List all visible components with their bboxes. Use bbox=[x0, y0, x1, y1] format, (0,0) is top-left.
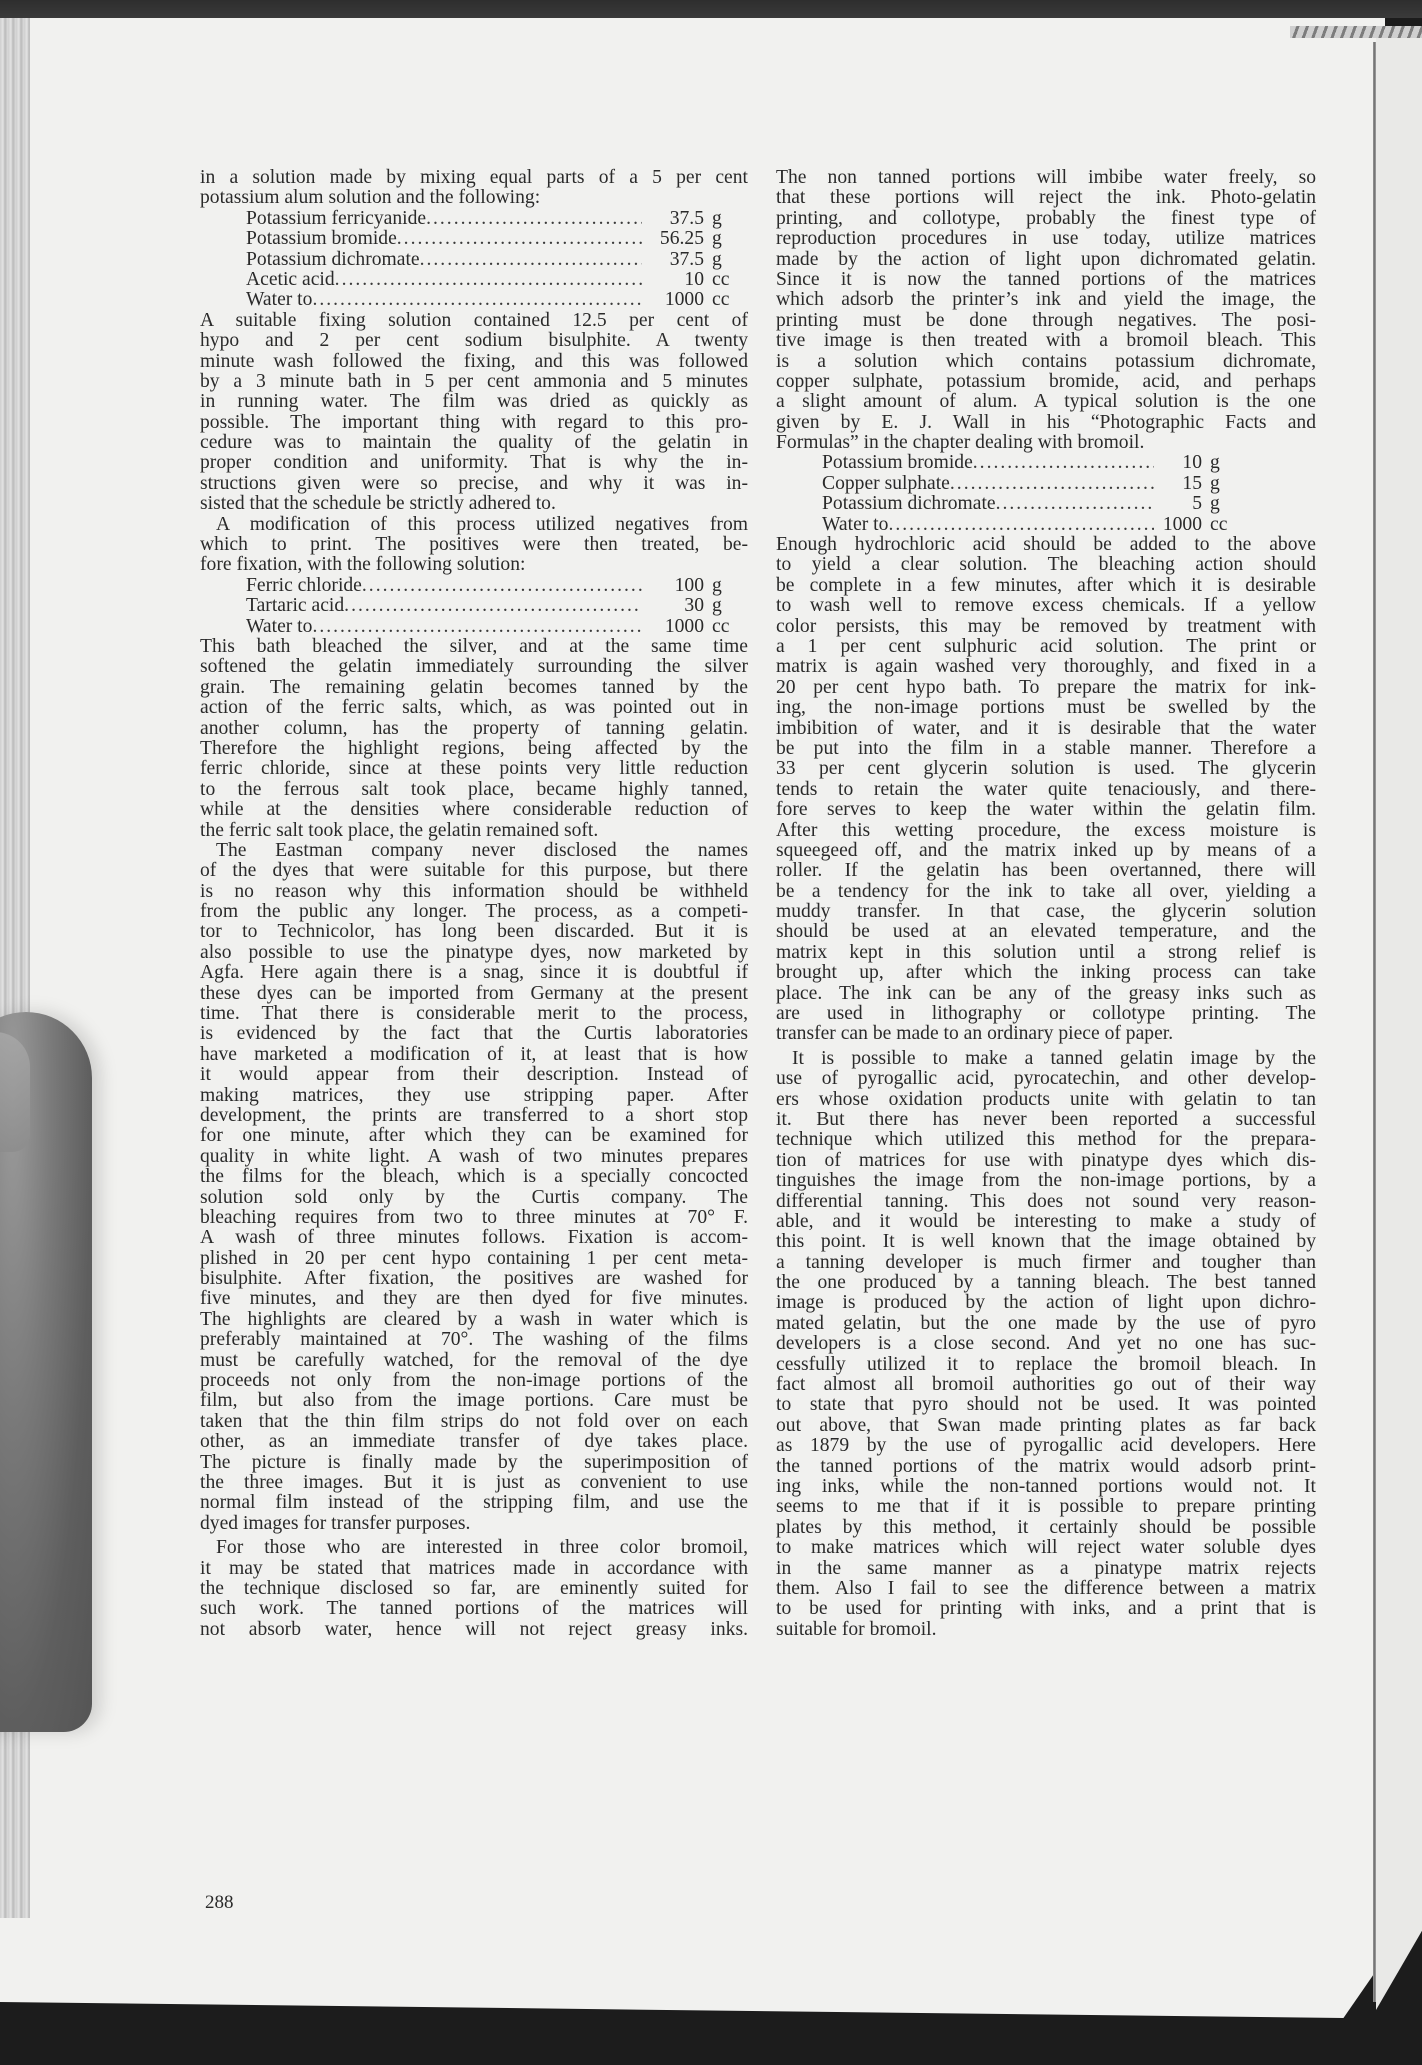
text-line: solution sold only by the Curtis company… bbox=[200, 1188, 748, 1208]
ingredient-amount: 5 bbox=[1154, 494, 1202, 514]
text-line: not absorb water, hence will not reject … bbox=[200, 1620, 748, 1640]
left-column: in a solution made by mixing equal parts… bbox=[200, 168, 748, 1640]
text-line: is evidenced by the fact that the Curtis… bbox=[200, 1024, 748, 1044]
dot-leader bbox=[996, 494, 1154, 514]
text-line: squeegeed off, and the matrix inked up b… bbox=[776, 841, 1316, 861]
formula-row: Ferric chloride100g bbox=[200, 576, 748, 596]
text-line: as 1879 by the use of pyrogallic acid de… bbox=[776, 1436, 1316, 1456]
text-line: such work. The tanned portions of the ma… bbox=[200, 1599, 748, 1619]
text-line: seems to me that if it is possible to pr… bbox=[776, 1497, 1316, 1517]
dot-leader bbox=[344, 596, 642, 616]
text-line: bisulphite. After fixation, the positive… bbox=[200, 1269, 748, 1289]
dot-leader bbox=[420, 250, 642, 270]
text-line: to wash well to remove excess chemicals.… bbox=[776, 596, 1316, 616]
text-line: that these portions will reject the ink.… bbox=[776, 188, 1316, 208]
text-line: After this wetting procedure, the excess… bbox=[776, 821, 1316, 841]
text-line: place. The ink can be any of the greasy … bbox=[776, 984, 1316, 1004]
text-line: color persists, this may be removed by t… bbox=[776, 617, 1316, 637]
ingredient-unit: g bbox=[704, 596, 748, 616]
formula-row: Water to1000cc bbox=[200, 617, 748, 637]
text-line: ers whose oxidation products unite with … bbox=[776, 1090, 1316, 1110]
formula-row: Water to1000cc bbox=[776, 515, 1316, 535]
ingredient-name: Potassium dichromate bbox=[200, 250, 420, 270]
text-line: the technique disclosed so far, are emin… bbox=[200, 1579, 748, 1599]
formula-row: Potassium ferricyanide37.5g bbox=[200, 209, 748, 229]
text-line: The highlights are cleared by a wash in … bbox=[200, 1310, 748, 1330]
page-gutter bbox=[1373, 42, 1376, 2002]
ingredient-unit: cc bbox=[1202, 515, 1236, 535]
text-line: roller. If the gelatin has been overtann… bbox=[776, 861, 1316, 881]
ingredient-name: Copper sulphate bbox=[776, 474, 950, 494]
text-line: A modification of this process utilized … bbox=[200, 515, 748, 535]
dot-leader bbox=[950, 474, 1154, 494]
text-line: tends to retain the water quite tenaciou… bbox=[776, 780, 1316, 800]
text-line: should be used at an elevated temperatur… bbox=[776, 922, 1316, 942]
text-line: grain. The remaining gelatin becomes tan… bbox=[200, 678, 748, 698]
dot-leader bbox=[335, 270, 642, 290]
ingredient-unit: g bbox=[1202, 494, 1236, 514]
ingredient-amount: 1000 bbox=[1154, 515, 1202, 535]
text-line: to state that pyro should not be used. I… bbox=[776, 1395, 1316, 1415]
text-line: proper condition and uniformity. That is… bbox=[200, 453, 748, 473]
formula-ferric-chloride: Ferric chloride100gTartaric acid30gWater… bbox=[200, 576, 748, 637]
text-line: developers is a close second. And yet no… bbox=[776, 1334, 1316, 1354]
ingredient-amount: 15 bbox=[1154, 474, 1202, 494]
text-line: This bath bleached the silver, and at th… bbox=[200, 637, 748, 657]
text-line: a tanning developer is much firmer and t… bbox=[776, 1253, 1316, 1273]
text-line: the three images. But it is just as conv… bbox=[200, 1473, 748, 1493]
text-line: to be used for printing with inks, and a… bbox=[776, 1599, 1316, 1619]
text-line: hypo and 2 per cent sodium bisulphite. A… bbox=[200, 331, 748, 351]
left-paragraph-bromoil: For those who are interested in three co… bbox=[200, 1538, 748, 1640]
ingredient-amount: 10 bbox=[1154, 453, 1202, 473]
ingredient-unit: cc bbox=[704, 270, 748, 290]
text-line: other, as an immediate transfer of dye t… bbox=[200, 1432, 748, 1452]
text-line: structions given were so precise, and wh… bbox=[200, 474, 748, 494]
text-line: differential tanning. This does not soun… bbox=[776, 1192, 1316, 1212]
text-line: copper sulphate, potassium bromide, acid… bbox=[776, 372, 1316, 392]
text-line: must be carefully watched, for the remov… bbox=[200, 1351, 748, 1371]
text-line: in running water. The film was dried as … bbox=[200, 392, 748, 412]
ingredient-unit: g bbox=[1202, 453, 1236, 473]
ingredient-amount: 56.25 bbox=[642, 229, 704, 249]
text-line: quality in white light. A wash of two mi… bbox=[200, 1147, 748, 1167]
ingredient-name: Water to bbox=[200, 617, 312, 637]
text-line: time. That there is considerable merit t… bbox=[200, 1004, 748, 1024]
text-line: this point. It is well known that the im… bbox=[776, 1232, 1316, 1252]
text-line: development, the prints are transferred … bbox=[200, 1106, 748, 1126]
page-number: 288 bbox=[205, 1892, 234, 1914]
ingredient-name: Ferric chloride bbox=[200, 576, 362, 596]
formula-row: Acetic acid10cc bbox=[200, 270, 748, 290]
text-line: to yield a clear solution. The bleaching… bbox=[776, 555, 1316, 575]
text-line: A suitable fixing solution contained 12.… bbox=[200, 311, 748, 331]
text-line: also possible to use the pinatype dyes, … bbox=[200, 943, 748, 963]
formula-row: Potassium bromide56.25g bbox=[200, 229, 748, 249]
text-line: softened the gelatin immediately surroun… bbox=[200, 657, 748, 677]
text-line: tinguishes the image from the non-image … bbox=[776, 1171, 1316, 1191]
text-line: while at the densities where considerabl… bbox=[200, 800, 748, 820]
text-line: action of the ferric salts, which, as wa… bbox=[200, 698, 748, 718]
text-line: bleaching requires from two to three min… bbox=[200, 1208, 748, 1228]
dot-leader bbox=[397, 229, 642, 249]
ingredient-name: Tartaric acid bbox=[200, 596, 344, 616]
ingredient-amount: 100 bbox=[642, 576, 704, 596]
formula-ferricyanide-bleach: Potassium ferricyanide37.5gPotassium bro… bbox=[200, 209, 748, 311]
dot-leader bbox=[426, 209, 642, 229]
text-line: the one produced by a tanning bleach. Th… bbox=[776, 1273, 1316, 1293]
formula-bromoil-bleach: Potassium bromide10gCopper sulphate15gPo… bbox=[776, 453, 1316, 535]
text-line: it. But there has never been reported a … bbox=[776, 1110, 1316, 1130]
text-line: these dyes can be imported from Germany … bbox=[200, 984, 748, 1004]
text-line: preferably maintained at 70°. The washin… bbox=[200, 1330, 748, 1350]
text-line: making matrices, they use stripping pape… bbox=[200, 1086, 748, 1106]
ingredient-amount: 37.5 bbox=[642, 250, 704, 270]
text-line: which to print. The positives were then … bbox=[200, 535, 748, 555]
text-line: plates by this method, it certainly shou… bbox=[776, 1518, 1316, 1538]
right-paragraph-hydrochloric: Enough hydrochloric acid should be added… bbox=[776, 535, 1316, 1045]
text-line: Formulas” in the chapter dealing with br… bbox=[776, 433, 1316, 453]
ingredient-amount: 10 bbox=[642, 270, 704, 290]
text-line: It is possible to make a tanned gelatin … bbox=[776, 1049, 1316, 1069]
text-line: Agfa. Here again there is a snag, since … bbox=[200, 963, 748, 983]
dot-leader bbox=[362, 576, 642, 596]
text-line: to make matrices which will reject water… bbox=[776, 1538, 1316, 1558]
ingredient-name: Acetic acid bbox=[200, 270, 335, 290]
text-line: tor to Technicolor, has long been discar… bbox=[200, 922, 748, 942]
ingredient-name: Water to bbox=[776, 515, 888, 535]
text-line: 20 per cent hypo bath. To prepare the ma… bbox=[776, 678, 1316, 698]
text-line: it may be stated that matrices made in a… bbox=[200, 1559, 748, 1579]
text-line: be a tendency for the ink to take all ov… bbox=[776, 882, 1316, 902]
text-line: cedure was to maintain the quality of th… bbox=[200, 433, 748, 453]
text-line: from the public any longer. The process,… bbox=[200, 902, 748, 922]
text-line: Since it is now the tanned portions of t… bbox=[776, 270, 1316, 290]
text-line: matrix is again washed very thoroughly, … bbox=[776, 657, 1316, 677]
text-line: in a solution made by mixing equal parts… bbox=[200, 168, 748, 188]
text-line: plished in 20 per cent hypo containing 1… bbox=[200, 1249, 748, 1269]
dot-leader bbox=[312, 617, 642, 637]
text-line: a slight amount of alum. A typical solut… bbox=[776, 392, 1316, 412]
text-line: be put into the film in a stable manner.… bbox=[776, 739, 1316, 759]
right-paragraph-pyro: It is possible to make a tanned gelatin … bbox=[776, 1049, 1316, 1640]
text-line: the ferric salt took place, the gelatin … bbox=[200, 821, 748, 841]
text-line: given by E. J. Wall in his “Photographic… bbox=[776, 413, 1316, 433]
text-line: out above, that Swan made printing plate… bbox=[776, 1416, 1316, 1436]
text-line: the tanned portions of the matrix would … bbox=[776, 1457, 1316, 1477]
text-line: have marketed a modification of it, at l… bbox=[200, 1045, 748, 1065]
text-line: printing, and collotype, probably the fi… bbox=[776, 209, 1316, 229]
text-line: film, but also from the image portions. … bbox=[200, 1391, 748, 1411]
text-line: potassium alum solution and the followin… bbox=[200, 188, 748, 208]
ingredient-unit: cc bbox=[704, 290, 748, 310]
dot-leader bbox=[888, 515, 1154, 535]
text-line: in the same manner as a pinatype matrix … bbox=[776, 1559, 1316, 1579]
ingredient-unit: g bbox=[1202, 474, 1236, 494]
formula-row: Tartaric acid30g bbox=[200, 596, 748, 616]
formula-row: Water to1000cc bbox=[200, 290, 748, 310]
ingredient-name: Water to bbox=[200, 290, 312, 310]
text-line: tive image is then treated with a bromoi… bbox=[776, 331, 1316, 351]
text-line: The non tanned portions will imbibe wate… bbox=[776, 168, 1316, 188]
formula-row: Potassium dichromate37.5g bbox=[200, 250, 748, 270]
text-line: possible. The important thing with regar… bbox=[200, 413, 748, 433]
text-line: fore fixation, with the following soluti… bbox=[200, 555, 748, 575]
text-line: The picture is finally made by the super… bbox=[200, 1453, 748, 1473]
text-line: A wash of three minutes follows. Fixatio… bbox=[200, 1228, 748, 1248]
left-paragraph-modification: A modification of this process utilized … bbox=[200, 515, 748, 576]
left-paragraph-bleach: This bath bleached the silver, and at th… bbox=[200, 637, 748, 841]
text-line: for one minute, after which they can be … bbox=[200, 1126, 748, 1146]
text-line: a 1 per cent sulphuric acid solution. Th… bbox=[776, 637, 1316, 657]
left-intro: in a solution made by mixing equal parts… bbox=[200, 168, 748, 209]
text-line: dyed images for transfer purposes. bbox=[200, 1514, 748, 1534]
page-fringe bbox=[1290, 26, 1422, 38]
formula-row: Potassium bromide10g bbox=[776, 453, 1316, 473]
text-line: able, and it would be interesting to mak… bbox=[776, 1212, 1316, 1232]
text-line: the films for the bleach, which is a spe… bbox=[200, 1167, 748, 1187]
text-line: The Eastman company never disclosed the … bbox=[200, 841, 748, 861]
text-line: five minutes, and they are then dyed for… bbox=[200, 1289, 748, 1309]
text-line: sisted that the schedule be strictly adh… bbox=[200, 494, 748, 514]
text-line: Therefore the highlight regions, being a… bbox=[200, 739, 748, 759]
text-line: is no reason why this information should… bbox=[200, 882, 748, 902]
text-line: taken that the thin film strips do not f… bbox=[200, 1412, 748, 1432]
text-line: it would appear from their description. … bbox=[200, 1065, 748, 1085]
text-line: technique which utilized this method for… bbox=[776, 1130, 1316, 1150]
next-page-edge bbox=[1376, 30, 1422, 2010]
text-line: imbibition of water, and it is desirable… bbox=[776, 719, 1316, 739]
text-line: them. Also I fail to see the difference … bbox=[776, 1579, 1316, 1599]
text-line: another column, has the property of tann… bbox=[200, 719, 748, 739]
ingredient-unit: g bbox=[704, 229, 748, 249]
right-column: The non tanned portions will imbibe wate… bbox=[776, 168, 1316, 1640]
text-line: transfer can be made to an ordinary piec… bbox=[776, 1024, 1316, 1044]
text-line: use of pyrogallic acid, pyrocatechin, an… bbox=[776, 1069, 1316, 1089]
ingredient-name: Potassium dichromate bbox=[776, 494, 996, 514]
text-line: ferric chloride, since at these points v… bbox=[200, 759, 748, 779]
text-line: by a 3 minute bath in 5 per cent ammonia… bbox=[200, 372, 748, 392]
thumbnail-nail bbox=[0, 1032, 30, 1152]
left-paragraph-fixing: A suitable fixing solution contained 12.… bbox=[200, 311, 748, 515]
text-line: reproduction procedures in use today, ut… bbox=[776, 229, 1316, 249]
text-line: suitable for bromoil. bbox=[776, 1620, 1316, 1640]
text-line: are used in lithography or collotype pri… bbox=[776, 1004, 1316, 1024]
ingredient-name: Potassium ferricyanide bbox=[200, 209, 426, 229]
ingredient-amount: 30 bbox=[642, 596, 704, 616]
text-line: 33 per cent glycerin solution is used. T… bbox=[776, 759, 1316, 779]
formula-row: Potassium dichromate5g bbox=[776, 494, 1316, 514]
text-line: of the dyes that were suitable for this … bbox=[200, 861, 748, 881]
text-line: is a solution which contains potassium d… bbox=[776, 352, 1316, 372]
text-line: cessfully utilized it to replace the bro… bbox=[776, 1355, 1316, 1375]
left-paragraph-eastman: The Eastman company never disclosed the … bbox=[200, 841, 748, 1534]
text-line: fore serves to keep the water within the… bbox=[776, 800, 1316, 820]
text-line: which adsorb the printer’s ink and yield… bbox=[776, 290, 1316, 310]
text-line: minute wash followed the fixing, and thi… bbox=[200, 352, 748, 372]
dot-leader bbox=[312, 290, 642, 310]
text-line: made by the action of light upon dichrom… bbox=[776, 250, 1316, 270]
text-line: Enough hydrochloric acid should be added… bbox=[776, 535, 1316, 555]
text-line: fact almost all bromoil authorities go o… bbox=[776, 1375, 1316, 1395]
text-line: normal film instead of the stripping fil… bbox=[200, 1493, 748, 1513]
thumb-holding-page bbox=[0, 1012, 92, 1732]
text-line: brought up, after which the inking proce… bbox=[776, 963, 1316, 983]
text-line: tion of matrices for use with pinatype d… bbox=[776, 1151, 1316, 1171]
ingredient-amount: 37.5 bbox=[642, 209, 704, 229]
text-line: mated gelatin, but the one made by the u… bbox=[776, 1314, 1316, 1334]
ingredient-unit: g bbox=[704, 576, 748, 596]
text-line: ing inks, while the non-tanned portions … bbox=[776, 1477, 1316, 1497]
text-line: ing, the non-image portions must be swel… bbox=[776, 698, 1316, 718]
ingredient-unit: g bbox=[704, 250, 748, 270]
ingredient-name: Potassium bromide bbox=[200, 229, 397, 249]
text-line: to the ferrous salt took place, became h… bbox=[200, 780, 748, 800]
right-paragraph-collotype: The non tanned portions will imbibe wate… bbox=[776, 168, 1316, 453]
text-line: matrix kept in this solution until a str… bbox=[776, 943, 1316, 963]
book-top-edge bbox=[0, 0, 1422, 18]
text-line: For those who are interested in three co… bbox=[200, 1538, 748, 1558]
ingredient-unit: g bbox=[704, 209, 748, 229]
text-line: muddy transfer. In that case, the glycer… bbox=[776, 902, 1316, 922]
ingredient-unit: cc bbox=[704, 617, 748, 637]
text-line: be complete in a few minutes, after whic… bbox=[776, 576, 1316, 596]
text-line: proceeds not only from the non-image por… bbox=[200, 1371, 748, 1391]
dot-leader bbox=[973, 453, 1154, 473]
ingredient-amount: 1000 bbox=[642, 290, 704, 310]
formula-row: Copper sulphate15g bbox=[776, 474, 1316, 494]
ingredient-name: Potassium bromide bbox=[776, 453, 973, 473]
text-line: image is produced by the action of light… bbox=[776, 1293, 1316, 1313]
ingredient-amount: 1000 bbox=[642, 617, 704, 637]
text-line: printing must be done through negatives.… bbox=[776, 311, 1316, 331]
